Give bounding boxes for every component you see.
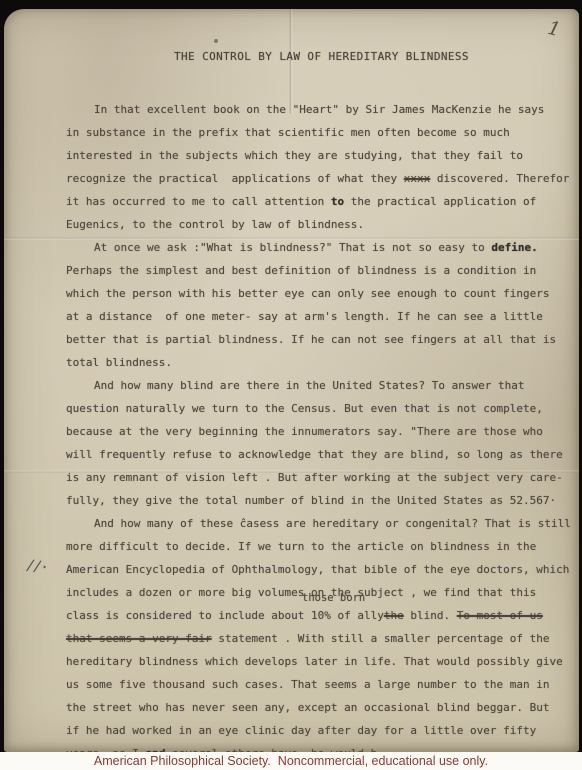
text-run: hereditary blindness which develops late… bbox=[66, 655, 563, 668]
typewritten-line: American Encyclopedia of Ophthalmology, … bbox=[66, 558, 571, 581]
typewritten-line: more difficult to decide. If we turn to … bbox=[66, 535, 571, 558]
typewritten-line: will frequently refuse to acknowledge th… bbox=[66, 443, 571, 466]
typewritten-line: those bornclass is considered to include… bbox=[66, 604, 571, 627]
typewritten-line: better that is partial blindness. If he … bbox=[66, 328, 571, 351]
footer-band: American Philosophical Society. Noncomme… bbox=[0, 752, 582, 770]
overtyped-text: to bbox=[331, 195, 344, 208]
text-run: discovered. Therefor bbox=[430, 172, 569, 185]
text-run: if he had worked in an eye clinic day af… bbox=[66, 724, 536, 737]
text-run: interested in the subjects which they ar… bbox=[66, 149, 523, 162]
typewritten-line: that seems a very fair statement . With … bbox=[66, 627, 571, 650]
typewritten-line: question naturally we turn to the Census… bbox=[66, 397, 571, 420]
document-body: In that excellent book on the "Heart" by… bbox=[66, 98, 571, 765]
text-run: will frequently refuse to acknowledge th… bbox=[66, 448, 563, 461]
typewritten-line: is any remnant of vision left . But afte… bbox=[66, 466, 571, 489]
text-run: class is considered to include about 10%… bbox=[66, 609, 384, 622]
struck-text: the bbox=[384, 609, 404, 622]
text-run: more difficult to decide. If we turn to … bbox=[66, 540, 536, 553]
text-run: which the person with his better eye can… bbox=[66, 287, 549, 300]
text-run: better that is partial blindness. If he … bbox=[66, 333, 556, 346]
typewritten-line: In that excellent book on the "Heart" by… bbox=[66, 98, 571, 121]
text-run: us some five thousand such cases. That s… bbox=[66, 678, 549, 691]
document-title: THE CONTROL BY LAW OF HEREDITARY BLINDNE… bbox=[174, 50, 469, 63]
text-run: At once we ask :"What is blindness?" Tha… bbox=[94, 241, 491, 254]
text-run: the practical application of bbox=[344, 195, 536, 208]
typewritten-line: fully, they give the total number of bli… bbox=[66, 489, 571, 512]
typewritten-line: it has occurred to me to call attention … bbox=[66, 190, 571, 213]
typewritten-line: which the person with his better eye can… bbox=[66, 282, 571, 305]
text-run: statement . With still a smaller percent… bbox=[212, 632, 550, 645]
margin-pen-marks: //· bbox=[25, 556, 48, 577]
text-run: the street who has never seen any, excep… bbox=[66, 701, 549, 714]
typewritten-line: if he had worked in an eye clinic day af… bbox=[66, 719, 571, 742]
ink-smudge-dot bbox=[214, 39, 218, 43]
text-run: it has occurred to me to call attention bbox=[66, 195, 331, 208]
typewritten-line: because at the very beginning the innume… bbox=[66, 420, 571, 443]
text-run: And how many of these ĉasess are heredit… bbox=[94, 517, 571, 530]
typewritten-line: And how many of these ĉasess are heredit… bbox=[66, 512, 571, 535]
typewritten-line: At once we ask :"What is blindness?" Tha… bbox=[66, 236, 571, 259]
text-run: question naturally we turn to the Census… bbox=[66, 402, 543, 415]
typewritten-line: hereditary blindness which develops late… bbox=[66, 650, 571, 673]
text-run: total blindness. bbox=[66, 356, 172, 369]
text-run: fully, they give the total number of bli… bbox=[66, 494, 556, 507]
scan-background: 1 //· THE CONTROL BY LAW OF HEREDITARY B… bbox=[0, 0, 582, 770]
text-run: Perhaps the simplest and best definition… bbox=[66, 264, 536, 277]
typewritten-line: interested in the subjects which they ar… bbox=[66, 144, 571, 167]
inserted-correction: those born bbox=[302, 592, 365, 604]
struck-text: xxxx bbox=[404, 172, 431, 185]
typewritten-line: at a distance of one meter- say at arm's… bbox=[66, 305, 571, 328]
text-run: recognize the practical applications of … bbox=[66, 172, 404, 185]
typewritten-line: total blindness. bbox=[66, 351, 571, 374]
typewritten-line: us some five thousand such cases. That s… bbox=[66, 673, 571, 696]
text-run: blind. bbox=[404, 609, 457, 622]
paper-page: 1 //· THE CONTROL BY LAW OF HEREDITARY B… bbox=[4, 9, 579, 752]
text-run: And how many blind are there in the Unit… bbox=[94, 379, 524, 392]
overtyped-text: define. bbox=[491, 241, 537, 254]
page-number-annotation: 1 bbox=[546, 17, 563, 41]
text-run: in substance in the prefix that scientif… bbox=[66, 126, 510, 139]
typewritten-line: in substance in the prefix that scientif… bbox=[66, 121, 571, 144]
text-run: because at the very beginning the innume… bbox=[66, 425, 543, 438]
text-run: at a distance of one meter- say at arm's… bbox=[66, 310, 543, 323]
text-run: In that excellent book on the "Heart" by… bbox=[94, 103, 544, 116]
typewritten-line: And how many blind are there in the Unit… bbox=[66, 374, 571, 397]
typewritten-line: recognize the practical applications of … bbox=[66, 167, 571, 190]
text-run: American Encyclopedia of Ophthalmology, … bbox=[66, 563, 569, 576]
struck-text: that seems a very fair bbox=[66, 632, 212, 645]
typewritten-line: Perhaps the simplest and best definition… bbox=[66, 259, 571, 282]
typewritten-line: Eugenics, to the control by law of blind… bbox=[66, 213, 571, 236]
text-run: Eugenics, to the control by law of blind… bbox=[66, 218, 364, 231]
footer-attribution: American Philosophical Society. Noncomme… bbox=[0, 752, 582, 770]
typewritten-line: the street who has never seen any, excep… bbox=[66, 696, 571, 719]
struck-text: To most of us bbox=[457, 609, 543, 622]
text-run: is any remnant of vision left . But afte… bbox=[66, 471, 563, 484]
